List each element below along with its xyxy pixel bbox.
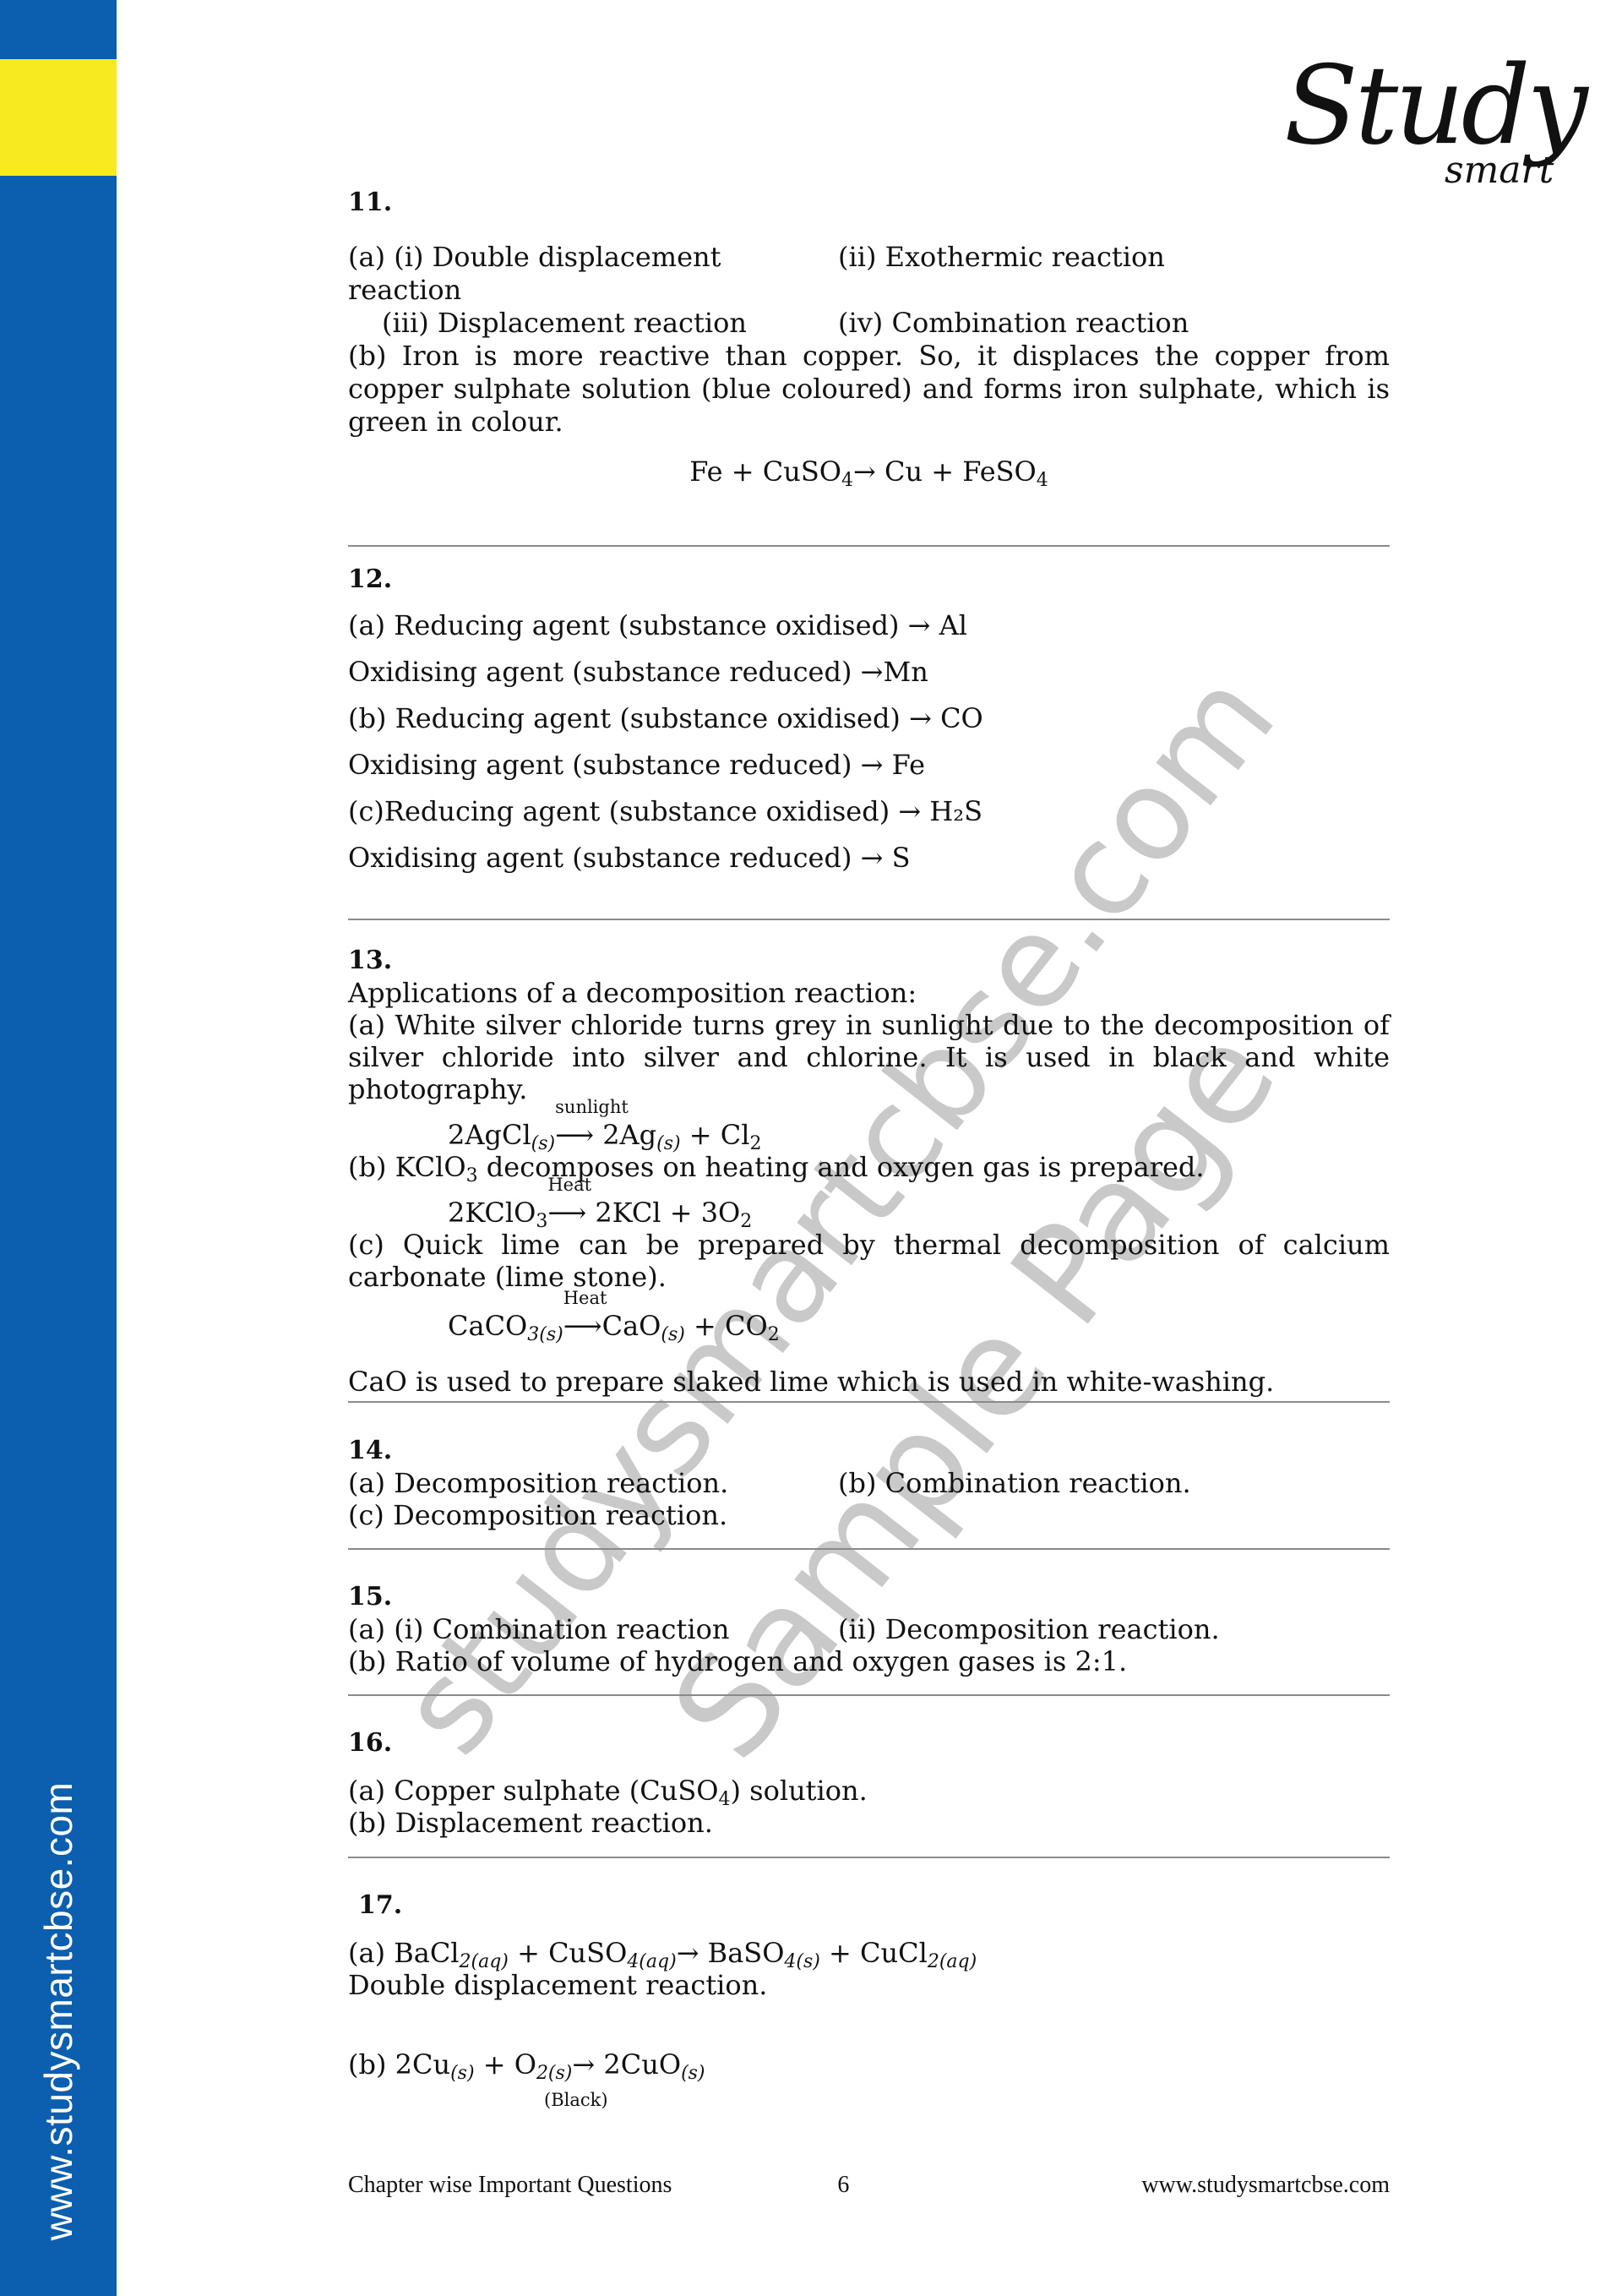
section-divider bbox=[348, 1401, 1390, 1403]
answer-c: (c) Decomposition reaction. bbox=[348, 1499, 1390, 1531]
question-11: 11. (a) (i) Double displacement reaction… bbox=[348, 186, 1390, 488]
answer-b: (b) Ratio of volume of hydrogen and oxyg… bbox=[348, 1645, 1390, 1677]
question-number: 12. bbox=[348, 556, 1390, 603]
question-number: 17. bbox=[348, 1890, 1390, 1922]
answer-line: Oxidising agent (substance reduced) → S bbox=[348, 835, 1390, 881]
answer-a-iii: (iii) Displacement reaction bbox=[348, 307, 838, 340]
answer-line: (c)Reducing agent (substance oxidised) →… bbox=[348, 788, 1390, 835]
question-number: 14. bbox=[348, 1435, 1390, 1467]
equation-agcl: 2AgCl(s)sunlight⟶ 2Ag(s) + Cl2 bbox=[348, 1119, 1390, 1151]
answer-line: Oxidising agent (substance reduced) → Fe bbox=[348, 742, 1390, 788]
section-divider bbox=[348, 1857, 1390, 1858]
equation-cuo: (b) 2Cu(s) + O2(s)→ 2CuO(s) bbox=[348, 2048, 1390, 2081]
section-divider bbox=[348, 1548, 1390, 1550]
answer-line: Oxidising agent (substance reduced) →Mn bbox=[348, 649, 1390, 695]
answer-a-i: (a) (i) Double displacement reaction bbox=[348, 241, 838, 307]
answer-a: (a) White silver chloride turns grey in … bbox=[348, 1009, 1390, 1105]
answer-b: (b) Iron is more reactive than copper. S… bbox=[348, 340, 1390, 439]
section-divider bbox=[348, 1694, 1390, 1696]
side-banner: www.studysmartcbse.com bbox=[0, 0, 117, 2296]
equation-bacl2: (a) BaCl2(aq) + CuSO4(aq)→ BaSO4(s) + Cu… bbox=[348, 1937, 1390, 1969]
question-number: 13. bbox=[348, 945, 1390, 977]
answer-a: (a) Decomposition reaction. bbox=[348, 1467, 838, 1499]
answer-c: (c) Quick lime can be prepared by therma… bbox=[348, 1229, 1390, 1293]
logo-study-text: Study bbox=[1284, 52, 1585, 161]
question-number: 15. bbox=[348, 1581, 1390, 1613]
footer-title: Chapter wise Important Questions bbox=[348, 2172, 672, 2199]
section-divider bbox=[348, 545, 1390, 547]
yellow-accent-block bbox=[0, 59, 117, 176]
answer-note: CaO is used to prepare slaked lime which… bbox=[348, 1366, 1390, 1398]
equation-fe-cuso4: Fe + CuSO4→ Cu + FeSO4 bbox=[348, 455, 1390, 488]
question-12: 12. (a) Reducing agent (substance oxidis… bbox=[348, 549, 1390, 881]
answer-b: (b) Combination reaction. bbox=[838, 1467, 1191, 1499]
study-smart-logo: Study smart bbox=[1284, 52, 1571, 205]
footer-website: www.studysmartcbse.com bbox=[1141, 2172, 1390, 2199]
question-13: 13. Applications of a decomposition reac… bbox=[348, 945, 1390, 1398]
question-number: 11. bbox=[348, 186, 1390, 219]
question-16: 16. (a) Copper sulphate (CuSO4) solution… bbox=[348, 1727, 1390, 1839]
answer-a-i: (a) (i) Combination reaction bbox=[348, 1613, 838, 1645]
page-footer: Chapter wise Important Questions 6 www.s… bbox=[348, 2172, 1390, 2199]
answer-a-ii: (ii) Decomposition reaction. bbox=[838, 1613, 1220, 1645]
answer-a-note: Double displacement reaction. bbox=[348, 1969, 1390, 2001]
question-15: 15. (a) (i) Combination reaction (ii) De… bbox=[348, 1581, 1390, 1677]
equation-kclo3: 2KClO3Heat⟶ 2KCl + 3O2 bbox=[348, 1197, 1390, 1229]
section-divider bbox=[348, 919, 1390, 920]
answer-a: (a) Copper sulphate (CuSO4) solution. bbox=[348, 1775, 1390, 1807]
sidebar-website-text: www.studysmartcbse.com bbox=[35, 1782, 81, 2241]
answer-intro: Applications of a decomposition reaction… bbox=[348, 977, 1390, 1009]
logo-smart-text: smart bbox=[1445, 152, 1554, 189]
answer-b: (b) Displacement reaction. bbox=[348, 1807, 1390, 1839]
answer-b: (b) KClO3 decomposes on heating and oxyg… bbox=[348, 1151, 1390, 1183]
page-number: 6 bbox=[837, 2172, 849, 2199]
black-label: (Black) bbox=[348, 2084, 1390, 2116]
answer-a-ii: (ii) Exothermic reaction bbox=[838, 241, 1165, 307]
equation-caco3: CaCO3(s)Heat⟶CaO(s) + CO2 bbox=[348, 1310, 1390, 1342]
answer-line: (b) Reducing agent (substance oxidised) … bbox=[348, 695, 1390, 742]
question-number: 16. bbox=[348, 1727, 1390, 1759]
question-17: 17. (a) BaCl2(aq) + CuSO4(aq)→ BaSO4(s) … bbox=[348, 1890, 1390, 2116]
answer-a-iv: (iv) Combination reaction bbox=[838, 307, 1189, 340]
question-14: 14. (a) Decomposition reaction. (b) Comb… bbox=[348, 1435, 1390, 1531]
answer-line: (a) Reducing agent (substance oxidised) … bbox=[348, 603, 1390, 649]
